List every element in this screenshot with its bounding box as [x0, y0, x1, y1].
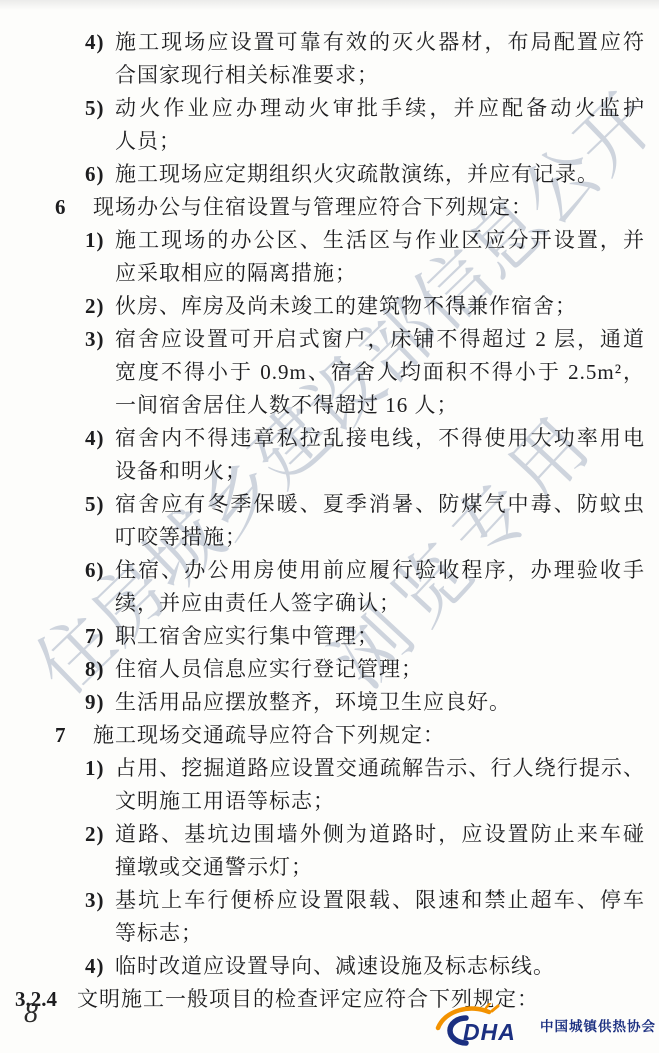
section-heading: 6现场办公与住宿设置与管理应符合下列规定： [0, 191, 659, 224]
line-text: 生活用品应摆放整齐，环境卫生应良好。 [115, 686, 645, 719]
continuation-line: 设备和明火； [0, 455, 659, 488]
logo-orange-ray-icon [486, 1003, 490, 1008]
line-text: 应采取相应的隔离措施； [115, 257, 645, 290]
item-number: 7) [85, 620, 115, 653]
item-number: 5) [85, 92, 115, 125]
line-text: 宿舍应设置可开启式窗户，床铺不得超过 2 层，通道 [115, 323, 645, 356]
item-number: 6) [85, 554, 115, 587]
cdha-logo: DHA 中国城镇供热协会 [433, 1003, 656, 1047]
line-text: 伙房、库房及尚未竣工的建筑物不得兼作宿舍； [115, 290, 645, 323]
line-text: 宽度不得小于 0.9m、宿舍人均面积不得小于 2.5m²， [115, 356, 645, 389]
line-text: 施工现场应定期组织火灾疏散演练，并应有记录。 [115, 158, 645, 191]
list-item: 1)占用、挖掘道路应设置交通疏解告示、行人绕行提示、 [0, 752, 659, 785]
line-text: 基坑上车行便桥应设置限载、限速和禁止超车、停车 [115, 884, 645, 917]
document-page: 住房城乡建设部信息公开 浏览专用 4)施工现场应设置可靠有效的灭火器材，布局配置… [0, 0, 659, 1053]
continuation-line: 文明施工用语等标志； [0, 785, 659, 818]
line-text: 设备和明火； [115, 455, 645, 488]
line-text: 续，并应由责任人签字确认； [115, 587, 645, 620]
continuation-line: 宽度不得小于 0.9m、宿舍人均面积不得小于 2.5m²， [0, 356, 659, 389]
item-number: 3) [85, 884, 115, 917]
line-text: 叮咬等措施； [115, 521, 645, 554]
line-text: 住宿、办公用房使用前应履行验收程序，办理验收手 [115, 554, 645, 587]
section-number: 7 [55, 719, 93, 752]
line-text: 现场办公与住宿设置与管理应符合下列规定： [93, 191, 645, 224]
line-text: 动火作业应办理动火审批手续，并应配备动火监护 [115, 92, 645, 125]
document-body: 4)施工现场应设置可靠有效的灭火器材，布局配置应符 合国家现行相关标准要求； 5… [0, 26, 659, 1016]
list-item: 6)施工现场应定期组织火灾疏散演练，并应有记录。 [0, 158, 659, 191]
line-text: 合国家现行相关标准要求； [115, 59, 645, 92]
list-item: 8)住宿人员信息应实行登记管理； [0, 653, 659, 686]
item-number: 1) [85, 752, 115, 785]
list-item: 2)伙房、库房及尚未竣工的建筑物不得兼作宿舍； [0, 290, 659, 323]
list-item: 4)施工现场应设置可靠有效的灭火器材，布局配置应符 [0, 26, 659, 59]
line-text: 施工现场应设置可靠有效的灭火器材，布局配置应符 [115, 26, 645, 59]
cdha-logo-mark: DHA [433, 1003, 535, 1047]
list-item: 2)道路、基坑边围墙外侧为道路时，应设置防止来车碰 [0, 818, 659, 851]
line-text: 施工现场交通疏导应符合下列规定： [93, 719, 645, 752]
list-item: 9)生活用品应摆放整齐，环境卫生应良好。 [0, 686, 659, 719]
item-number: 3) [85, 323, 115, 356]
line-text: 施工现场的办公区、生活区与作业区应分开设置，并 [115, 224, 645, 257]
continuation-line: 一间宿舍居住人数不得超过 16 人； [0, 389, 659, 422]
logo-orange-ray-icon [492, 1006, 498, 1011]
list-item: 4)临时改道应设置导向、减速设施及标志标线。 [0, 950, 659, 983]
list-item: 7)职工宿舍应实行集中管理； [0, 620, 659, 653]
item-number: 4) [85, 950, 115, 983]
line-text: 占用、挖掘道路应设置交通疏解告示、行人绕行提示、 [115, 752, 645, 785]
item-number: 9) [85, 686, 115, 719]
continuation-line: 续，并应由责任人签字确认； [0, 587, 659, 620]
continuation-line: 撞墩或交通警示灯； [0, 851, 659, 884]
continuation-line: 合国家现行相关标准要求； [0, 59, 659, 92]
line-text: 撞墩或交通警示灯； [115, 851, 645, 884]
continuation-line: 等标志； [0, 917, 659, 950]
list-item: 3)宿舍应设置可开启式窗户，床铺不得超过 2 层，通道 [0, 323, 659, 356]
line-text: 宿舍内不得违章私拉乱接电线，不得使用大功率用电 [115, 422, 645, 455]
continuation-line: 人员； [0, 125, 659, 158]
list-item: 1)施工现场的办公区、生活区与作业区应分开设置，并 [0, 224, 659, 257]
line-text: 文明施工用语等标志； [115, 785, 645, 818]
line-text: 一间宿舍居住人数不得超过 16 人； [115, 389, 645, 422]
line-text: 人员； [115, 125, 645, 158]
list-item: 6)住宿、办公用房使用前应履行验收程序，办理验收手 [0, 554, 659, 587]
list-item: 5)宿舍应有冬季保暖、夏季消暑、防煤气中毒、防蚊虫 [0, 488, 659, 521]
line-text: 住宿人员信息应实行登记管理； [115, 653, 645, 686]
item-number: 4) [85, 422, 115, 455]
line-text: 道路、基坑边围墙外侧为道路时，应设置防止来车碰 [115, 818, 645, 851]
item-number: 2) [85, 290, 115, 323]
item-number: 8) [85, 653, 115, 686]
continuation-line: 叮咬等措施； [0, 521, 659, 554]
item-number: 6) [85, 158, 115, 191]
scan-edge-shadow [0, 0, 659, 10]
list-item: 4)宿舍内不得违章私拉乱接电线，不得使用大功率用电 [0, 422, 659, 455]
section-number: 6 [55, 191, 93, 224]
item-number: 4) [85, 26, 115, 59]
line-text: 职工宿舍应实行集中管理； [115, 620, 645, 653]
list-item: 5)动火作业应办理动火审批手续，并应配备动火监护 [0, 92, 659, 125]
item-number: 5) [85, 488, 115, 521]
item-number: 2) [85, 818, 115, 851]
line-text: 宿舍应有冬季保暖、夏季消暑、防煤气中毒、防蚊虫 [115, 488, 645, 521]
line-text: 临时改道应设置导向、减速设施及标志标线。 [115, 950, 645, 983]
logo-acronym: DHA [463, 1019, 516, 1045]
logo-org-name: 中国城镇供热协会 [540, 1015, 656, 1035]
list-item: 3)基坑上车行便桥应设置限载、限速和禁止超车、停车 [0, 884, 659, 917]
continuation-line: 应采取相应的隔离措施； [0, 257, 659, 290]
section-heading: 7施工现场交通疏导应符合下列规定： [0, 719, 659, 752]
item-number: 1) [85, 224, 115, 257]
page-number: 8 [24, 998, 38, 1030]
line-text: 等标志； [115, 917, 645, 950]
